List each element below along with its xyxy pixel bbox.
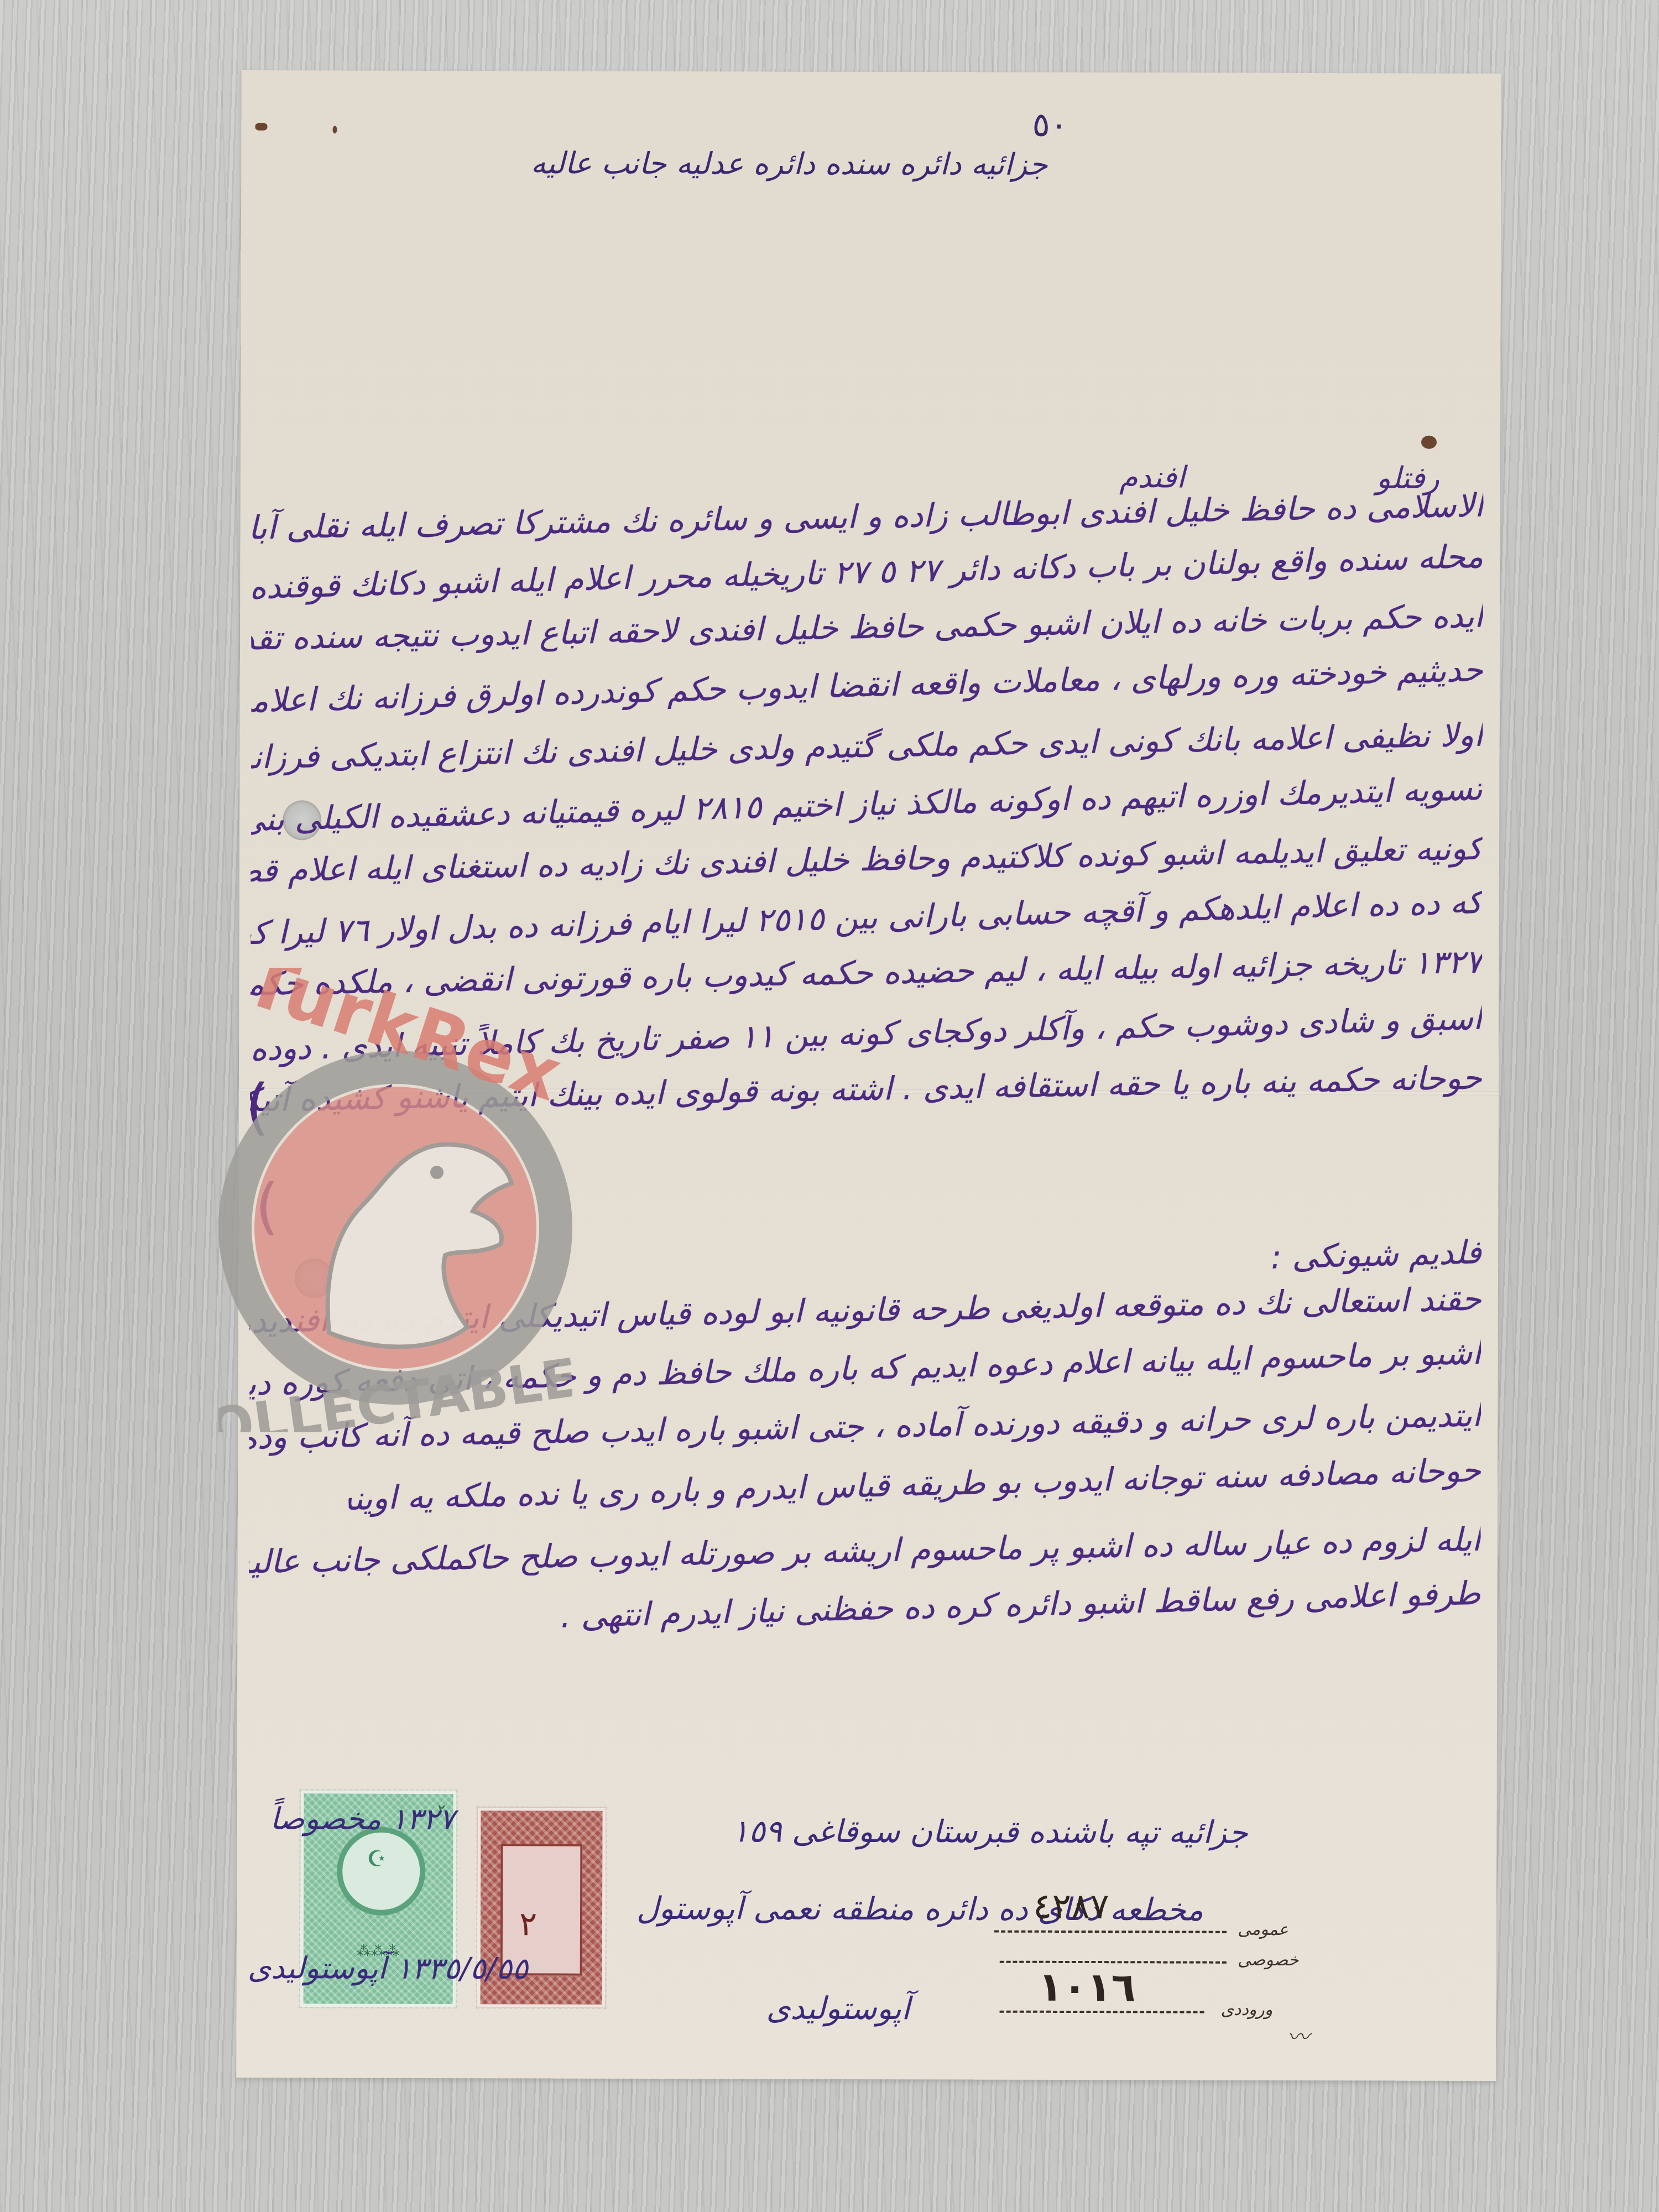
ink-stain	[332, 126, 337, 133]
registry-general-number: ٤٢٨٧	[1033, 1886, 1109, 1927]
registry-label-entry: وروددی	[1221, 2000, 1273, 2020]
page-number: ٥٠	[1032, 106, 1068, 144]
body-line: فلدیم شیونکی :	[1167, 1233, 1482, 1279]
registry-label-special: خصوصی	[1238, 1950, 1299, 1970]
document-paper: ٥٠ جزائيه دائره سنده دائره عدليه جانب عا…	[236, 70, 1501, 2081]
body-line: ایله لزوم ده عیار ساله ده اشبو پر ماحسوم…	[248, 1521, 1481, 1581]
body-line: محله سنده واقع بولنان بر باب دكانه دائر …	[251, 538, 1484, 606]
registry-label-general: عمومی	[1238, 1920, 1288, 1939]
opening-salutation-left: افندم	[1119, 460, 1185, 494]
registry-line-special	[1000, 1961, 1227, 1964]
body-line: حدیثیم خودخته وره ورلهای ، معاملات واقعه…	[251, 651, 1483, 719]
body-line: کونیه تعلیق ایدیلمه اشبو کونده کلاکتیدم …	[251, 830, 1483, 890]
stamp-annotation-bottom: ١٣٣٥/٥/٥٥ آپوستولیدی	[248, 1950, 528, 1986]
signature-surname: آپوستولیدی	[766, 1991, 910, 2027]
signature-name: مخطعه دکای ده دائره منطقه نعمی آپوستول	[637, 1891, 1204, 1928]
body-line: طرفو اعلامی رفع ساقط اشبو دائره کره ده ح…	[237, 1574, 1481, 1644]
body-line: اولا نظیفی اعلامه بانك كونی ایدی حکم ملک…	[251, 716, 1483, 776]
bracket-mark: (	[255, 1171, 279, 1241]
document-body: الاسلامی ده حافظ خلیل افندی ابوطالب زاده…	[242, 70, 1501, 74]
body-line: ١٣٢٧ تاریخه جزائیه اوله بیله ایله ، لیم …	[250, 943, 1483, 1003]
registry-line-entry	[1000, 2011, 1204, 2013]
body-line: حوحانه حکمه ینه باره یا حقه استقافه ایدی…	[250, 1059, 1483, 1119]
tughra-icon: ☪	[349, 1846, 404, 1872]
body-line: که ده ده اعلام ایلدهکم و آقچه حسابی بارا…	[250, 883, 1483, 952]
signature-address: جزائیه تپه باشنده قبرستان سوقاغی ١٥٩	[732, 1813, 1248, 1850]
registry-line-general	[994, 1931, 1227, 1933]
stamp-annotation-top: ١٣٢٧ مخصوصاً	[270, 1801, 455, 1837]
bracket-mark: (	[246, 1071, 269, 1142]
body-line: تسویه ایتدیرمك اوزره اتیهم ده اوکونه مال…	[251, 770, 1483, 838]
registrar-initials: 〰	[1287, 2020, 1309, 2051]
ink-stain	[1421, 436, 1437, 449]
body-line: حقند استعالی نك ده متوقعه اولدیغی طرحه ق…	[249, 1280, 1481, 1340]
ink-stain	[255, 123, 267, 131]
registry-entry-number: ١٠١٦	[1039, 1964, 1136, 2010]
document-heading: جزائيه دائره سنده دائره عدليه جانب عاليه	[531, 145, 1048, 181]
body-line: اسبق و شادی دوشوب حکم ، وآکلر دوکجای کون…	[250, 999, 1483, 1068]
stamp-value: ٢	[519, 1905, 537, 1943]
body-line: ایده حکم بربات خانه ده ایلان اشبو حکمی ح…	[251, 597, 1484, 658]
body-line: حوحانه مصادفه سنه توجانه ایدوب بو طریقه …	[348, 1451, 1481, 1517]
body-line: اشبو بر ماحسوم ایله بیانه اعلام دعوه اید…	[249, 1334, 1481, 1402]
body-line: ایتدیمن باره لری حرانه و دقیقه دورنده آم…	[249, 1396, 1481, 1457]
body-line: الاسلامی ده حافظ خلیل افندی ابوطالب زاده…	[251, 487, 1484, 547]
punch-hole-bottom	[295, 1258, 333, 1298]
